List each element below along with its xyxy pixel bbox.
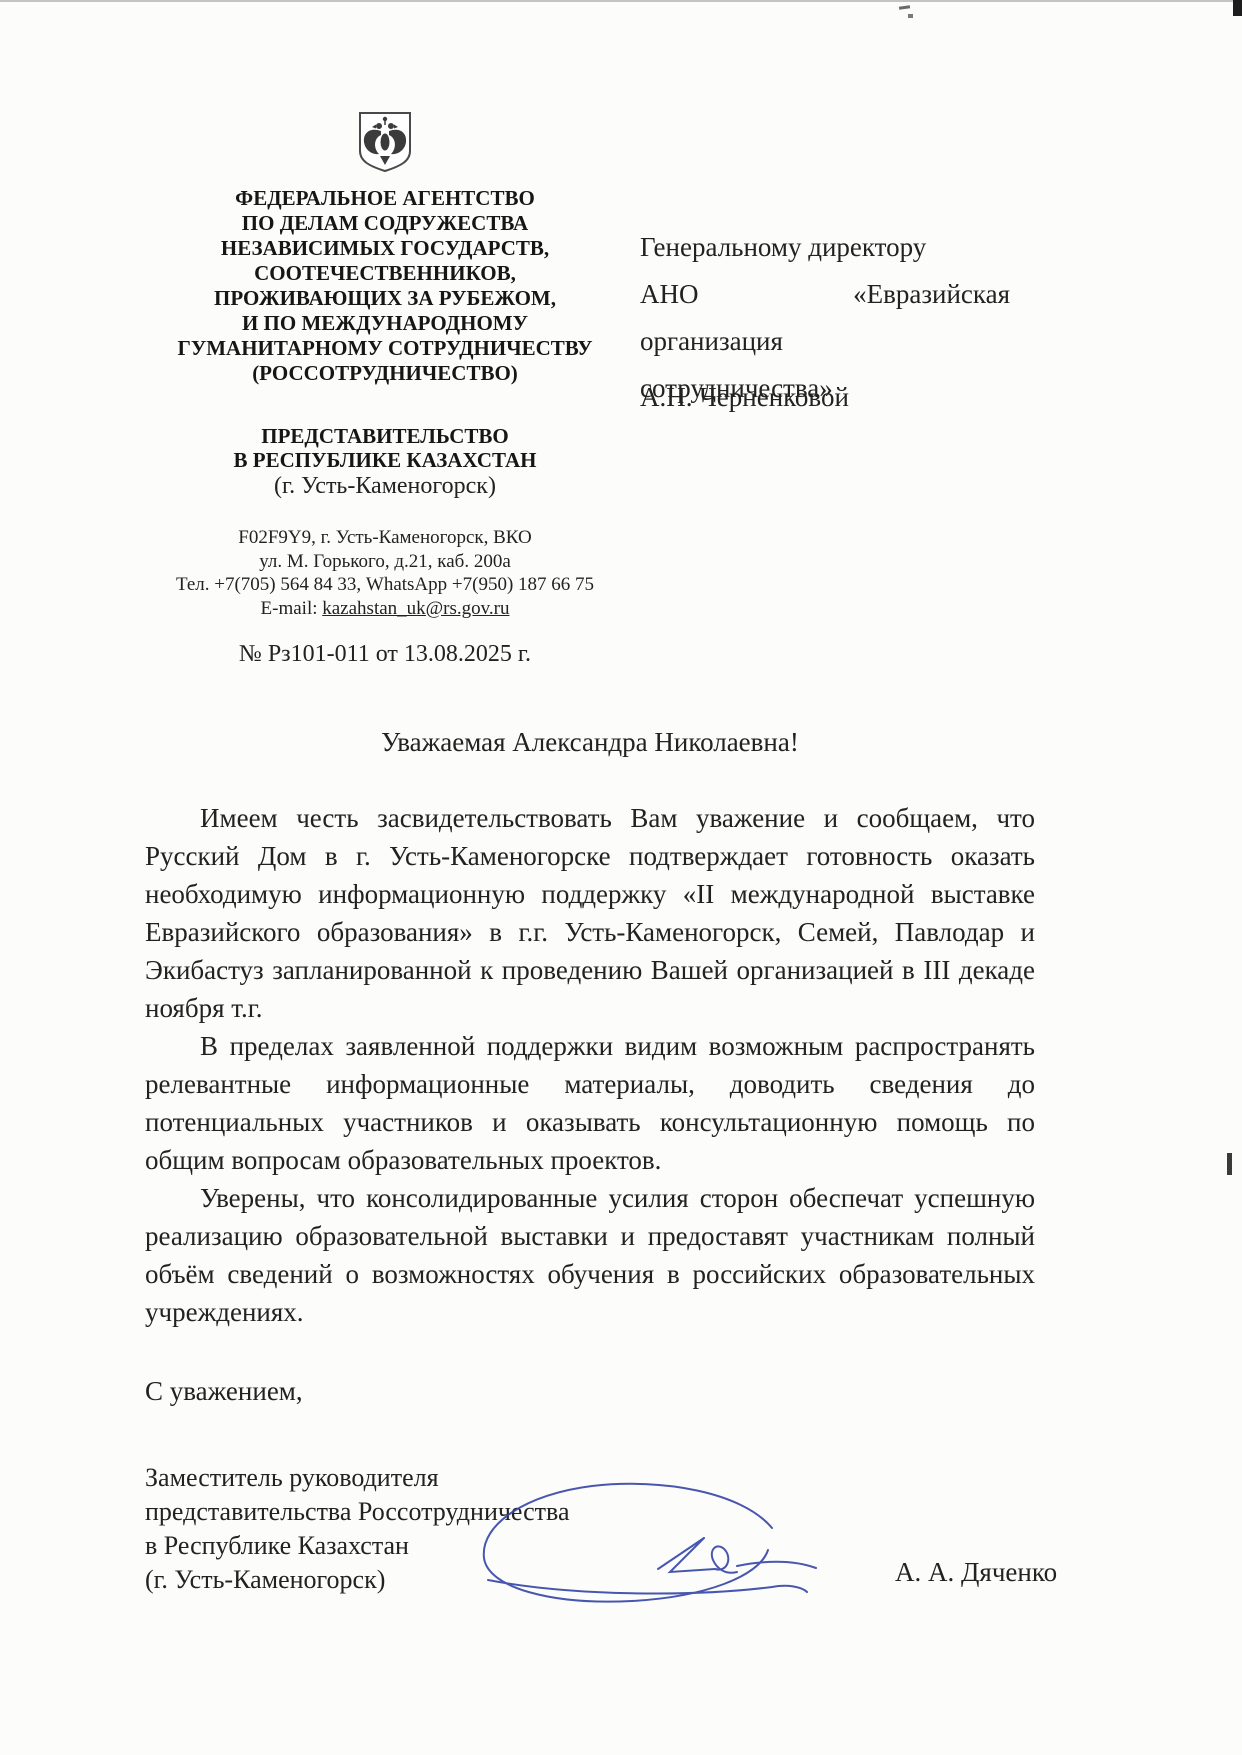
letter-body: Имеем честь засвидетельствовать Вам уваж…: [145, 799, 1035, 1331]
address-line: ул. М. Горького, д.21, каб. 200а: [130, 550, 640, 574]
email-label: E-mail:: [261, 598, 323, 619]
agency-line: ПО ДЕЛАМ СОДРУЖЕСТВА: [130, 211, 640, 236]
email-link[interactable]: kazahstan_uk@rs.gov.ru: [322, 598, 509, 619]
letter-page: ФЕДЕРАЛЬНОЕ АГЕНТСТВО ПО ДЕЛАМ СОДРУЖЕСТ…: [0, 0, 1242, 1755]
agency-line: ФЕДЕРАЛЬНОЕ АГЕНТСТВО: [130, 186, 640, 211]
signer-name: А. А. Дяченко: [895, 1557, 1057, 1588]
salutation: Уважаемая Александра Николаевна!: [145, 727, 1035, 758]
letterhead-agency: ФЕДЕРАЛЬНОЕ АГЕНТСТВО ПО ДЕЛАМ СОДРУЖЕСТ…: [130, 186, 640, 386]
reference-number: № Рз101-011 от 13.08.2025 г.: [130, 641, 640, 668]
phone-line: Тел. +7(705) 564 84 33, WhatsApp +7(950)…: [130, 573, 640, 597]
office-city: (г. Усть-Каменогорск): [130, 472, 640, 501]
address-line: F02F9Y9, г. Усть-Каменогорск, ВКО: [130, 526, 640, 550]
addressee-line: Генеральному директору: [640, 224, 1010, 271]
agency-line: И ПО МЕЖДУНАРОДНОМУ: [130, 311, 640, 336]
addressee-line: АНО «Евразийская организация: [640, 271, 1010, 365]
letterhead-office: ПРЕДСТАВИТЕЛЬСТВО В РЕСПУБЛИКЕ КАЗАХСТАН…: [130, 424, 640, 501]
body-paragraph: В пределах заявленной поддержки видим во…: [145, 1027, 1035, 1179]
closing-salute: С уважением,: [145, 1376, 303, 1407]
scan-artifact-top-line: [0, 0, 1242, 2]
letterhead-contacts: F02F9Y9, г. Усть-Каменогорск, ВКО ул. М.…: [130, 526, 640, 620]
agency-line: СООТЕЧЕСТВЕННИКОВ,: [130, 261, 640, 286]
scan-artifact-speck: [899, 5, 910, 10]
email-line: E-mail: kazahstan_uk@rs.gov.ru: [130, 597, 640, 621]
agency-line: ГУМАНИТАРНОМУ СОТРУДНИЧЕСТВУ: [130, 336, 640, 361]
scan-artifact-speck: [908, 14, 913, 18]
body-paragraph: Имеем честь засвидетельствовать Вам уваж…: [145, 799, 1035, 1027]
body-paragraph: Уверены, что консолидированные усилия ст…: [145, 1179, 1035, 1331]
addressee-name: А.Н. Черненковой: [640, 382, 849, 413]
agency-line: (РОССОТРУДНИЧЕСТВО): [130, 361, 640, 386]
scan-artifact-corner-mark: [1233, 0, 1242, 16]
office-line: ПРЕДСТАВИТЕЛЬСТВО: [130, 424, 640, 448]
russia-coat-of-arms-icon: [357, 111, 413, 173]
signature-autograph-icon: [472, 1476, 822, 1621]
office-line: В РЕСПУБЛИКЕ КАЗАХСТАН: [130, 448, 640, 472]
scan-artifact-edge-dash: [1227, 1153, 1232, 1175]
agency-line: НЕЗАВИСИМЫХ ГОСУДАРСТВ,: [130, 236, 640, 261]
agency-line: ПРОЖИВАЮЩИХ ЗА РУБЕЖОМ,: [130, 286, 640, 311]
